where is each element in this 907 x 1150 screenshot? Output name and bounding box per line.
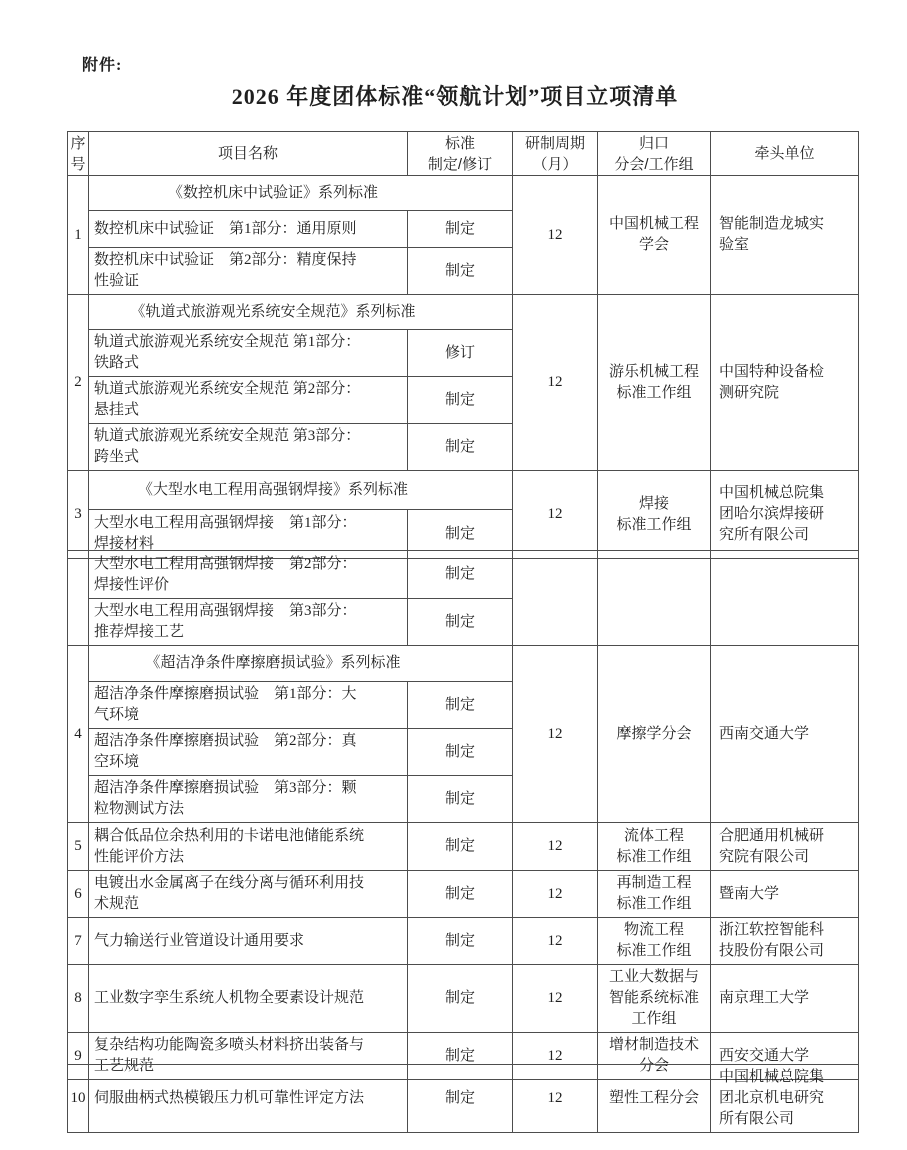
cell-project-name: 轨道式旅游观光系统安全规范 第3部分： 跨坐式 (89, 424, 408, 471)
cell-type: 制定 (408, 1065, 513, 1133)
cell-no: 1 (68, 176, 89, 295)
cell-lead: 合肥通用机械研 究院有限公司 (711, 823, 859, 871)
table-row: 5 耦合低品位余热利用的卡诺电池储能系统 性能评价方法 制定 12 流体工程 标… (68, 823, 859, 871)
cell-lead: 西南交通大学 (711, 646, 859, 823)
cell-lead: 浙江软控智能科 技股份有限公司 (711, 918, 859, 965)
cell-no: 8 (68, 965, 89, 1033)
cell-cycle: 12 (513, 871, 598, 918)
cell-empty (711, 551, 859, 646)
cell-type: 制定 (408, 424, 513, 471)
cell-series-title: 《大型水电工程用高强钢焊接》系列标准 (89, 471, 513, 510)
cell-project-name: 伺服曲柄式热模锻压力机可靠性评定方法 (89, 1065, 408, 1133)
header-group: 归口 分会/工作组 (598, 132, 711, 176)
cell-no: 4 (68, 646, 89, 823)
cell-group: 再制造工程 标准工作组 (598, 871, 711, 918)
cell-no: 2 (68, 295, 89, 471)
cell-no: 6 (68, 871, 89, 918)
cell-type: 制定 (408, 776, 513, 823)
cell-lead: 暨南大学 (711, 871, 859, 918)
table-row: 6 电镀出水金属离子在线分离与循环利用技 术规范 制定 12 再制造工程 标准工… (68, 871, 859, 918)
table-row: 7 气力输送行业管道设计通用要求 制定 12 物流工程 标准工作组 浙江软控智能… (68, 918, 859, 965)
cell-group: 游乐机械工程 标准工作组 (598, 295, 711, 471)
cell-project-name: 数控机床中试验证 第1部分：通用原则 (89, 211, 408, 248)
attachment-label: 附件: (82, 52, 122, 75)
cell-group: 摩擦学分会 (598, 646, 711, 823)
cell-project-name: 大型水电工程用高强钢焊接 第2部分： 焊接性评价 (89, 551, 408, 599)
cell-type: 制定 (408, 965, 513, 1033)
cell-lead: 智能制造龙城实 验室 (711, 176, 859, 295)
cell-lead: 中国机械总院集 团哈尔滨焊接研 究所有限公司 (711, 471, 859, 559)
cell-cycle: 12 (513, 918, 598, 965)
cell-project-name: 超洁净条件摩擦磨损试验 第3部分：颗 粒物测试方法 (89, 776, 408, 823)
cell-no: 5 (68, 823, 89, 871)
cell-project-name: 耦合低品位余热利用的卡诺电池储能系统 性能评价方法 (89, 823, 408, 871)
cell-project-name: 工业数字孪生系统人机物全要素设计规范 (89, 965, 408, 1033)
table-row: 4 《超洁净条件摩擦磨损试验》系列标准 12 摩擦学分会 西南交通大学 (68, 646, 859, 682)
header-cycle: 研制周期 （月） (513, 132, 598, 176)
cell-group: 焊接 标准工作组 (598, 471, 711, 559)
cell-cycle: 12 (513, 471, 598, 559)
cell-cycle: 12 (513, 1065, 598, 1133)
cell-project-name: 大型水电工程用高强钢焊接 第3部分： 推荐焊接工艺 (89, 599, 408, 646)
table-segment-1: 序 号 项目名称 标准 制定/修订 研制周期 （月） 归口 分会/工作组 牵头单… (67, 131, 859, 559)
cell-cycle: 12 (513, 965, 598, 1033)
cell-lead: 中国特种设备检 测研究院 (711, 295, 859, 471)
cell-no: 7 (68, 918, 89, 965)
cell-group: 中国机械工程 学会 (598, 176, 711, 295)
cell-project-name: 气力输送行业管道设计通用要求 (89, 918, 408, 965)
cell-no: 10 (68, 1065, 89, 1133)
cell-type: 制定 (408, 682, 513, 729)
table-row: 大型水电工程用高强钢焊接 第2部分： 焊接性评价 制定 (68, 551, 859, 599)
cell-type: 制定 (408, 599, 513, 646)
page-title: 2026 年度团体标准“领航计划”项目立项清单 (60, 80, 850, 111)
cell-type: 制定 (408, 918, 513, 965)
table-segment-2: 大型水电工程用高强钢焊接 第2部分： 焊接性评价 制定 大型水电工程用高强钢焊接… (67, 550, 859, 1080)
cell-cycle: 12 (513, 646, 598, 823)
table-segment-3: 10 伺服曲柄式热模锻压力机可靠性评定方法 制定 12 塑性工程分会 中国机械总… (67, 1064, 859, 1133)
table-row: 10 伺服曲柄式热模锻压力机可靠性评定方法 制定 12 塑性工程分会 中国机械总… (68, 1065, 859, 1133)
cell-type: 制定 (408, 248, 513, 295)
cell-no: 3 (68, 471, 89, 559)
cell-project-name: 超洁净条件摩擦磨损试验 第1部分：大 气环境 (89, 682, 408, 729)
cell-project-name: 电镀出水金属离子在线分离与循环利用技 术规范 (89, 871, 408, 918)
cell-cycle: 12 (513, 176, 598, 295)
cell-lead: 南京理工大学 (711, 965, 859, 1033)
header-no: 序 号 (68, 132, 89, 176)
table-row: 2 《轨道式旅游观光系统安全规范》系列标准 12 游乐机械工程 标准工作组 中国… (68, 295, 859, 330)
cell-series-title: 《超洁净条件摩擦磨损试验》系列标准 (89, 646, 513, 682)
cell-project-name: 超洁净条件摩擦磨损试验 第2部分：真 空环境 (89, 729, 408, 776)
cell-type: 制定 (408, 377, 513, 424)
cell-group: 塑性工程分会 (598, 1065, 711, 1133)
cell-type: 制定 (408, 211, 513, 248)
cell-empty (598, 551, 711, 646)
cell-empty (513, 551, 598, 646)
cell-project-name: 轨道式旅游观光系统安全规范 第1部分： 铁路式 (89, 330, 408, 377)
header-lead: 牵头单位 (711, 132, 859, 176)
cell-project-name: 轨道式旅游观光系统安全规范 第2部分： 悬挂式 (89, 377, 408, 424)
cell-series-title: 《轨道式旅游观光系统安全规范》系列标准 (89, 295, 513, 330)
cell-type: 制定 (408, 729, 513, 776)
cell-group: 物流工程 标准工作组 (598, 918, 711, 965)
header-project-name: 项目名称 (89, 132, 408, 176)
cell-group: 流体工程 标准工作组 (598, 823, 711, 871)
document-page: 附件: 2026 年度团体标准“领航计划”项目立项清单 序 号 项目名称 标准 … (0, 0, 907, 1150)
table-header-row: 序 号 项目名称 标准 制定/修订 研制周期 （月） 归口 分会/工作组 牵头单… (68, 132, 859, 176)
cell-cycle: 12 (513, 823, 598, 871)
cell-project-name: 数控机床中试验证 第2部分：精度保持 性验证 (89, 248, 408, 295)
cell-series-title: 《数控机床中试验证》系列标准 (89, 176, 513, 211)
table-row: 8 工业数字孪生系统人机物全要素设计规范 制定 12 工业大数据与 智能系统标准… (68, 965, 859, 1033)
cell-empty (68, 551, 89, 646)
cell-group: 工业大数据与 智能系统标准 工作组 (598, 965, 711, 1033)
cell-type: 制定 (408, 823, 513, 871)
cell-type: 修订 (408, 330, 513, 377)
cell-type: 制定 (408, 551, 513, 599)
table-row: 1 《数控机床中试验证》系列标准 12 中国机械工程 学会 智能制造龙城实 验室 (68, 176, 859, 211)
cell-type: 制定 (408, 871, 513, 918)
table-row: 3 《大型水电工程用高强钢焊接》系列标准 12 焊接 标准工作组 中国机械总院集… (68, 471, 859, 510)
cell-lead: 中国机械总院集 团北京机电研究 所有限公司 (711, 1065, 859, 1133)
header-type: 标准 制定/修订 (408, 132, 513, 176)
cell-cycle: 12 (513, 295, 598, 471)
